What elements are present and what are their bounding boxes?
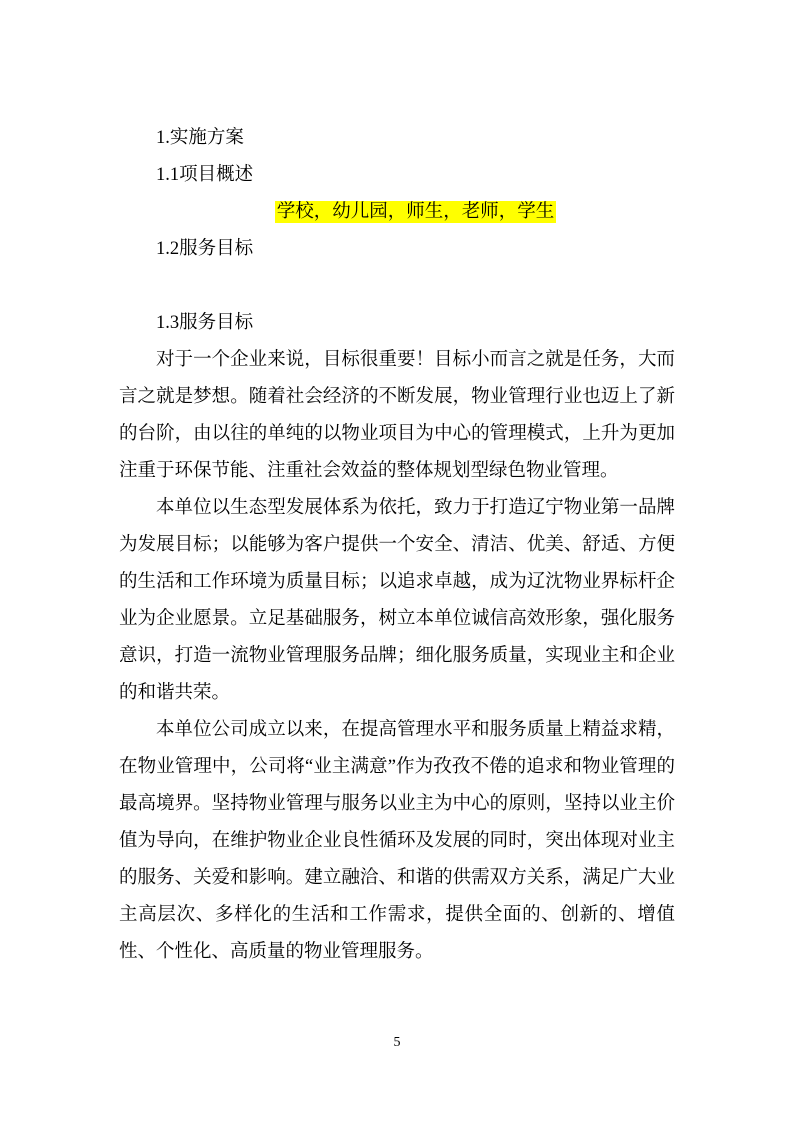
- heading-service-goal-1-3: 1.3服务目标: [119, 305, 675, 342]
- highlight-mark: 学校，幼儿园，师生，老师，学生: [275, 201, 557, 223]
- heading-project-overview: 1.1项目概述: [119, 157, 675, 194]
- paragraph-development-goals: 本单位以生态型发展体系为依托，致力于打造辽宁物业第一品牌为发展目标；以能够为客户…: [119, 490, 675, 712]
- highlighted-keywords-line: 学校，幼儿园，师生，老师，学生: [119, 194, 675, 231]
- page-number: 5: [0, 1034, 794, 1052]
- blank-line: [119, 268, 675, 305]
- document-body: 1.实施方案 1.1项目概述 学校，幼儿园，师生，老师，学生 1.2服务目标 1…: [119, 120, 675, 971]
- paragraph-goal-intro: 对于一个企业来说，目标很重要！目标小而言之就是任务，大而言之就是梦想。随着社会经…: [119, 342, 675, 490]
- document-page: 1.实施方案 1.1项目概述 学校，幼儿园，师生，老师，学生 1.2服务目标 1…: [0, 0, 794, 1122]
- paragraph-owner-satisfaction: 本单位公司成立以来，在提高管理水平和服务质量上精益求精，在物业管理中，公司将“业…: [119, 712, 675, 971]
- heading-service-goal-1-2: 1.2服务目标: [119, 231, 675, 268]
- heading-implementation-plan: 1.实施方案: [119, 120, 675, 157]
